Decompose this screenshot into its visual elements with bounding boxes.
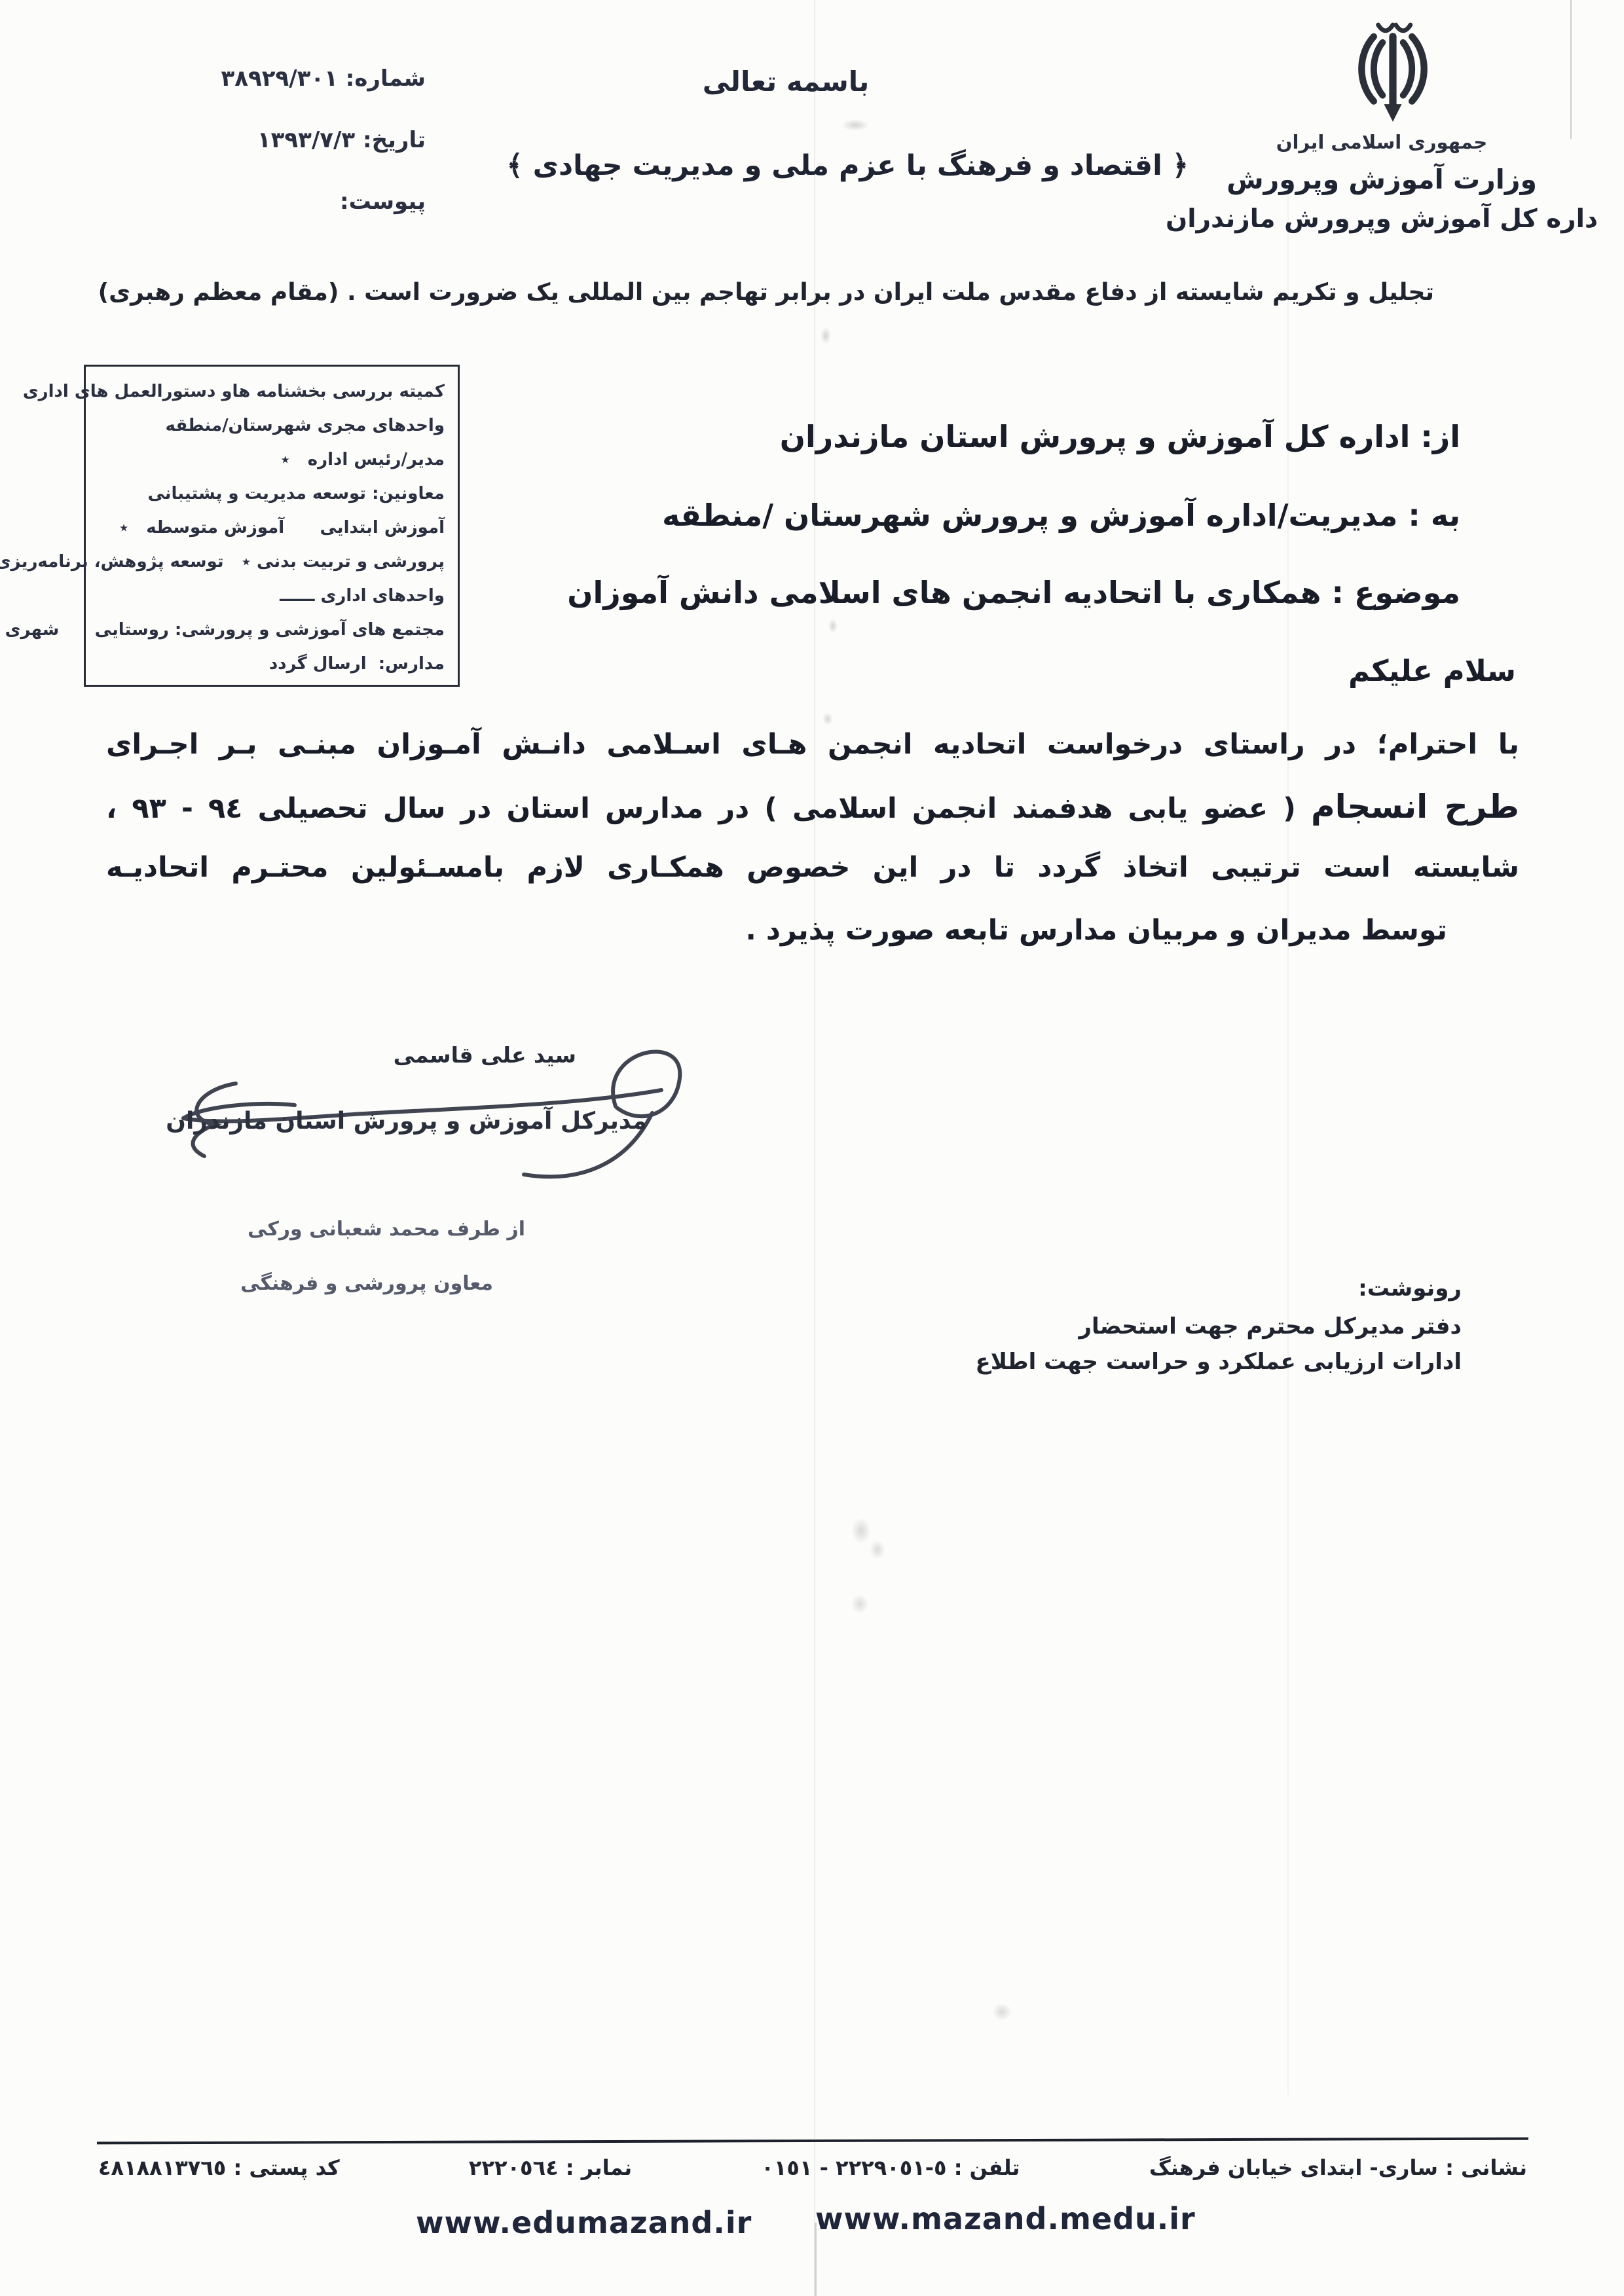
routing-line: مدارس: ارسال گردد: [92, 647, 445, 681]
scan-artifact: [828, 619, 838, 633]
deputy-title: معاون پرورشی و فرهنگی: [240, 1272, 493, 1295]
body-line-2: طرح انسجام ( عضو یابی هدفمند انجمن اسلام…: [106, 788, 1519, 826]
routing-line: واحدهای مجری شهرستان/منطقه: [92, 409, 445, 443]
bottom-crease: [815, 2223, 817, 2296]
document-date: تاریخ: ۱۳۹۳/۷/۳: [85, 127, 426, 153]
footer-rule: [97, 2138, 1528, 2145]
besmeleh: باسمه تعالی: [622, 65, 950, 98]
document-number: شماره: ۳۸۹۲۹/۳۰۱: [85, 65, 426, 92]
routing-line: کمیته بررسی بخشنامه هاو دستورالعمل های ا…: [92, 374, 445, 409]
routing-line: مجتمع های آموزشی و پرورشی: روستایی شهری: [92, 613, 445, 647]
body-line-1: با احترام؛ در راستای درخواست اتحادیه انج…: [106, 728, 1519, 761]
scanned-letter-page: شماره: ۳۸۹۲۹/۳۰۱ تاریخ: ۱۳۹۳/۷/۳ پیوست: …: [0, 0, 1624, 2296]
footer-phone: تلفن : ٥-٢٢٢٩٠٥١ - ٠١٥١: [761, 2155, 1020, 2180]
routing-line: پرورشی و تربیت بدنی ٭ توسعه پژوهش، برنام…: [92, 545, 445, 579]
ministry-name: وزارت آموزش وپرورش: [1139, 164, 1624, 195]
cc-label: رونوشت:: [1358, 1275, 1462, 1302]
footer-address: نشانی : ساری- ابتدای خیابان فرهنگ: [1149, 2155, 1527, 2180]
provincial-office-name: داره کل آموزش وپرورش مازندران: [1139, 204, 1624, 234]
scan-artifact: [870, 1540, 885, 1559]
from-line: از: اداره کل آموزش و پرورش استان مازندرا…: [780, 419, 1460, 454]
footer-postal-code: کد پستی : ٤٨١٨٨١٣٧٦٥: [98, 2155, 340, 2180]
website-url-edumazand: www.edumazand.ir: [416, 2205, 752, 2240]
leader-quote: تجلیل و تکریم شایسته از دفاع مقدس ملت ای…: [98, 279, 1434, 306]
page-edge-line: [1570, 0, 1572, 139]
plan-name-emphasis: طرح انسجام: [1311, 788, 1519, 826]
on-behalf-of-name: از طرف محمد شعبانی ورکی: [248, 1218, 525, 1241]
scan-artifact: [851, 1594, 868, 1614]
subject-line: موضوع : همکاری با اتحادیه انجمن های اسلا…: [567, 575, 1460, 610]
routing-line: آموزش ابتدایی آموزش متوسطه ٭: [92, 511, 445, 545]
document-meta-block: شماره: ۳۸۹۲۹/۳۰۱ تاریخ: ۱۳۹۳/۷/۳ پیوست:: [85, 65, 426, 250]
signature-scribble: [157, 1028, 688, 1192]
body-line-2-rest: ( عضو یابی هدفمند انجمن اسلامی ) در مدار…: [106, 792, 1311, 825]
government-header: جمهوری اسلامی ایران وزارت آموزش وپرورش د…: [1139, 131, 1624, 234]
routing-line: مدیر/رئیس اداره ٭: [92, 443, 445, 477]
salutation: سلام علیکم: [1348, 653, 1516, 688]
fold-line: [814, 0, 815, 2296]
routing-line: معاونین: توسعه مدیریت و پشتیبانی: [92, 477, 445, 511]
website-url-medu: www.mazand.medu.ir: [815, 2201, 1196, 2236]
year-slogan: ﴿ اقتصاد و فرهنگ با عزم ملی و مدیریت جها…: [589, 149, 1189, 182]
footer-fax: نمابر : ٢٢٢٠٥٦٤: [469, 2155, 632, 2180]
country-name: جمهوری اسلامی ایران: [1139, 131, 1624, 153]
iran-emblem-icon: [1337, 13, 1449, 128]
emblem-sword-tip: [1384, 104, 1402, 122]
footer-contact-row: نشانی : ساری- ابتدای خیابان فرهنگ تلفن :…: [98, 2155, 1527, 2180]
routing-line: واحدهای اداری ــــــ: [92, 579, 445, 613]
scan-artifact: [992, 2003, 1012, 2020]
body-line-3: شایسته است ترتیبی اتخاذ گردد تا در این خ…: [106, 851, 1519, 884]
scan-artifact: [821, 327, 831, 344]
fold-line: [1287, 196, 1289, 2095]
routing-distribution-box: کمیته بررسی بخشنامه هاو دستورالعمل های ا…: [84, 365, 460, 687]
scan-artifact: [841, 119, 869, 131]
body-line-4: توسط مدیران و مربیان مدارس تابعه صورت پذ…: [746, 914, 1447, 947]
scan-artifact: [822, 712, 833, 725]
document-attachment: پیوست:: [85, 189, 426, 215]
scan-artifact: [851, 1518, 871, 1544]
to-line: به : مدیریت/اداره آموزش و پرورش شهرستان …: [662, 498, 1460, 533]
cc-item: ادارات ارزیابی عملکرد و حراست جهت اطلاع: [976, 1349, 1462, 1375]
cc-item: دفتر مدیرکل محترم جهت استحضار: [1079, 1313, 1462, 1339]
